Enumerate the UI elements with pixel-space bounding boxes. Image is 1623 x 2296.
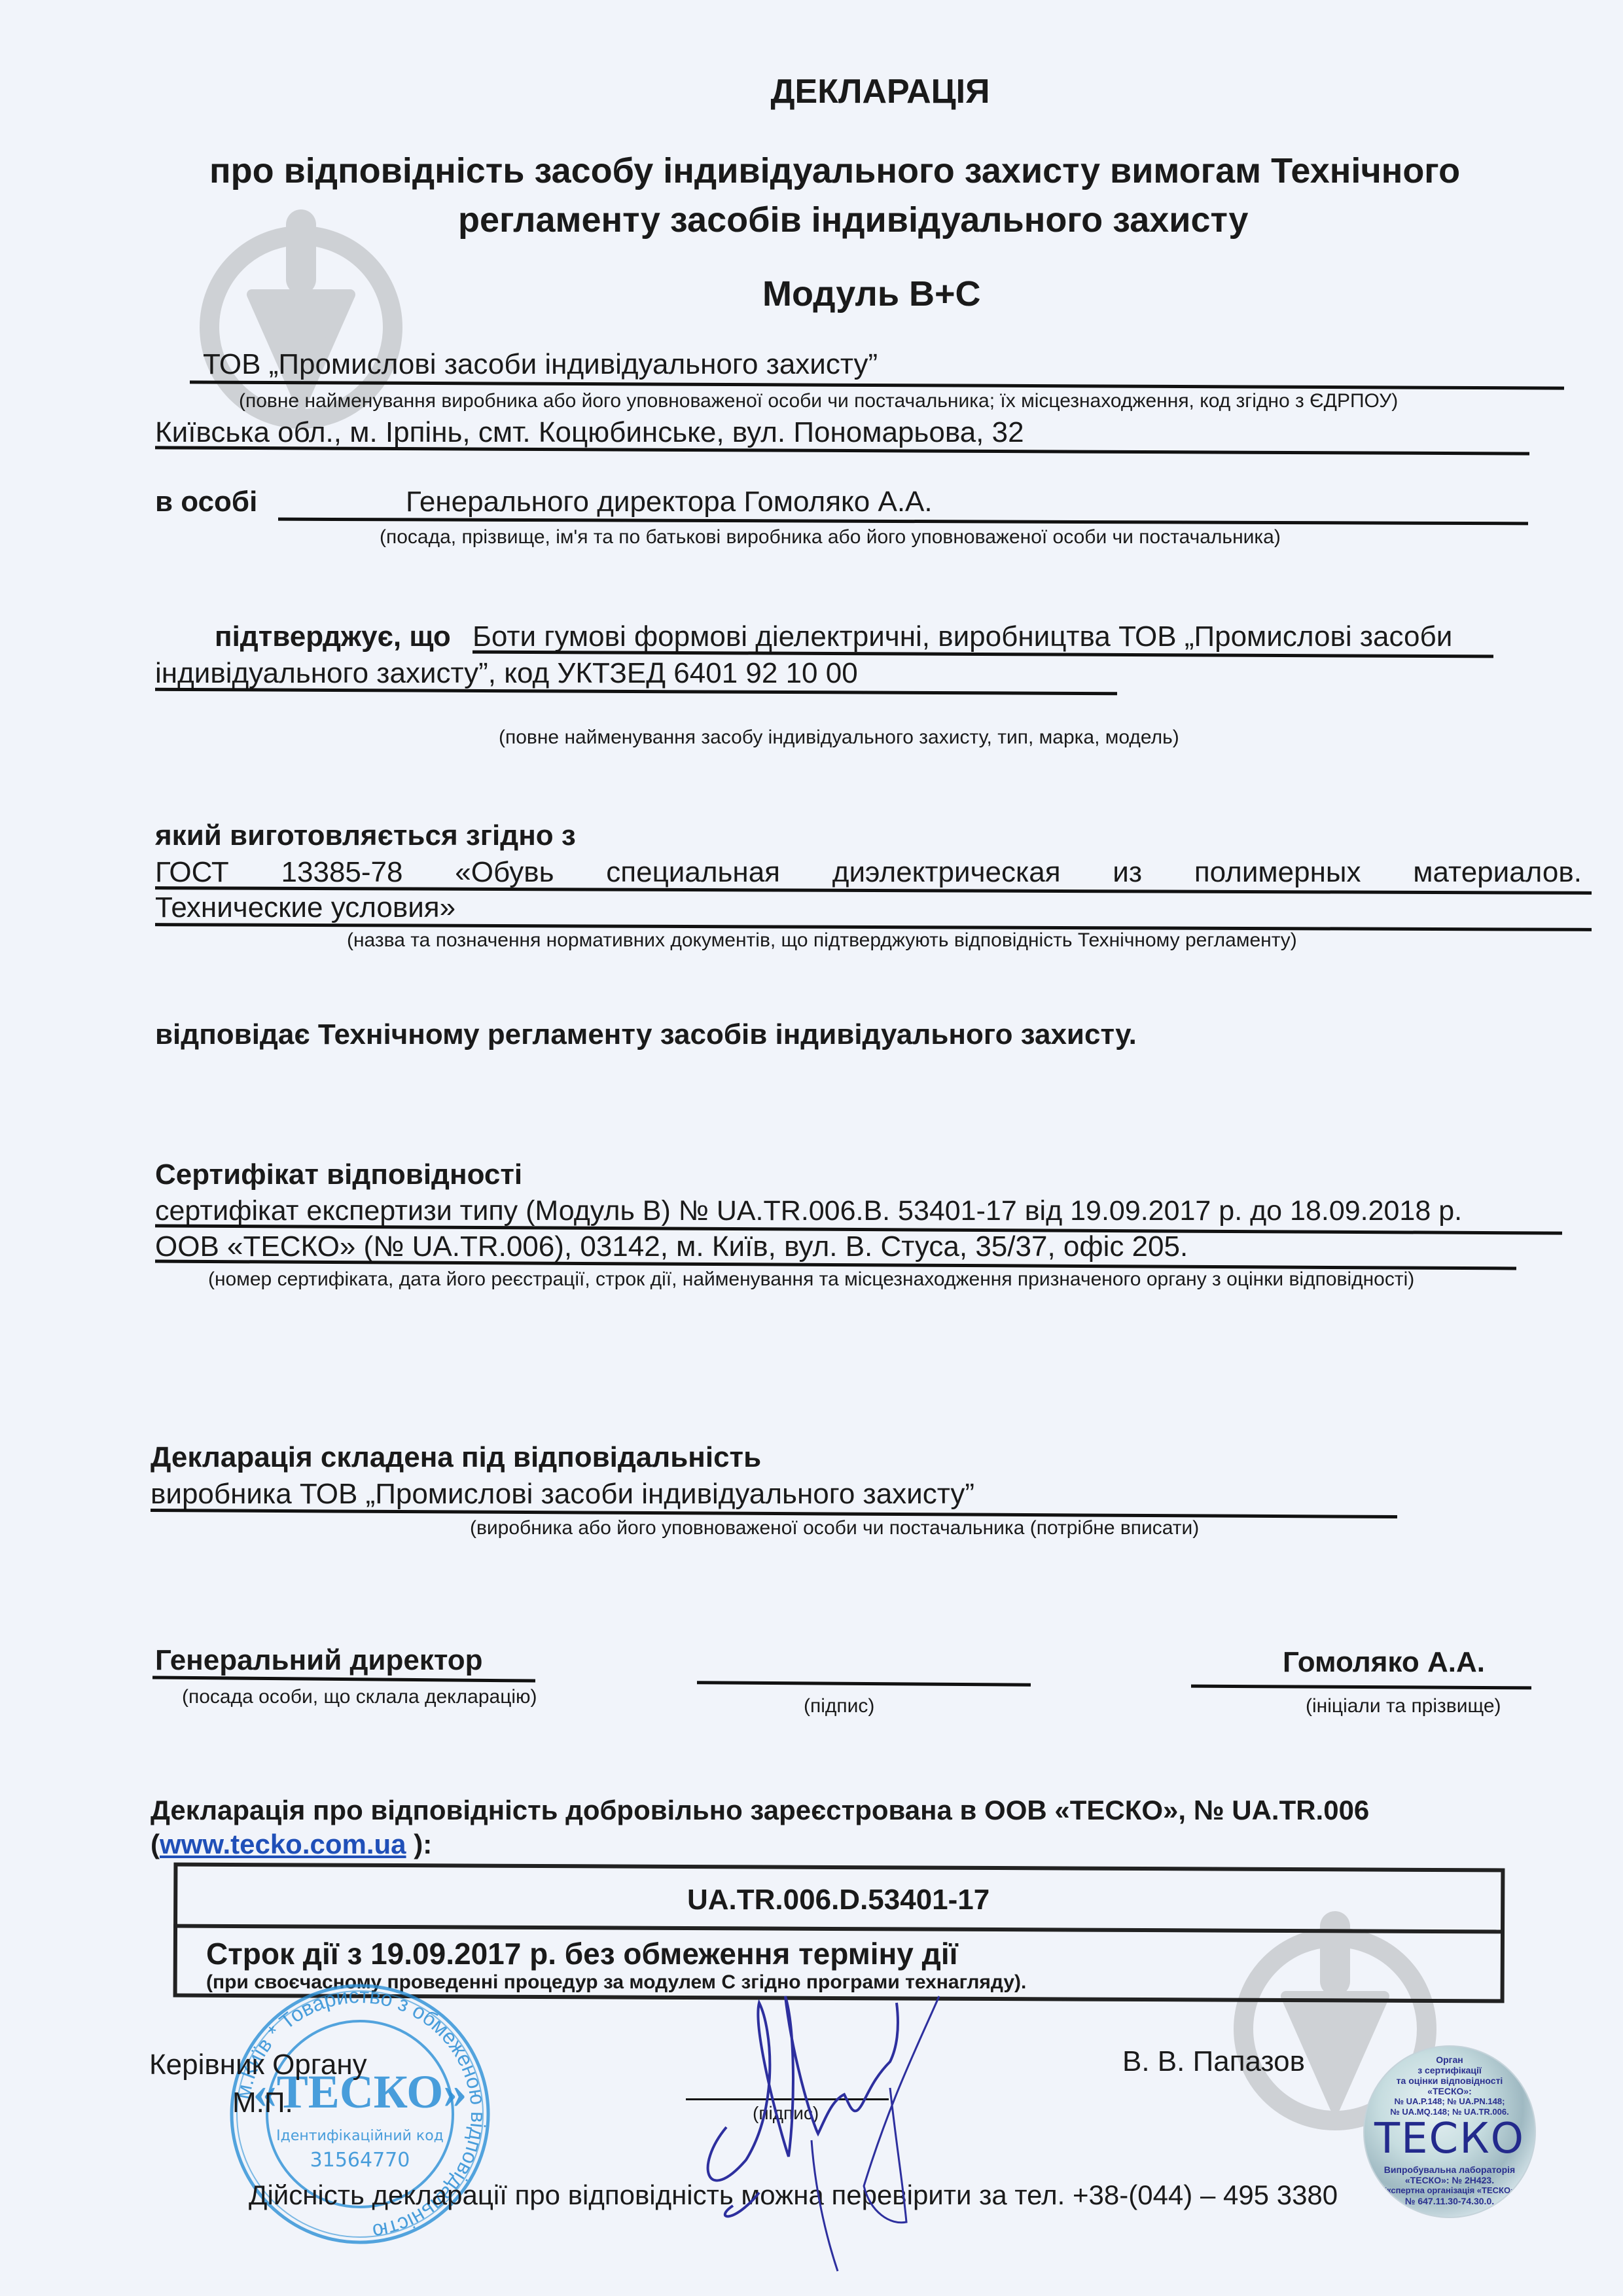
- standard-word: «Обувь: [455, 856, 554, 889]
- standard-word: ГОСТ: [155, 856, 229, 889]
- standard-line1: ГОСТ 13385-78 «Обувь специальная диэлект…: [155, 856, 1582, 889]
- seal-line: «ТЕСКО»:: [1364, 2086, 1535, 2096]
- seal-line: Експертна організація «ТЕСКО»:: [1364, 2185, 1535, 2195]
- seal-logo: ТЕСКО: [1364, 2115, 1535, 2163]
- authority-head-name: В. В. Папазов: [1122, 2045, 1305, 2078]
- registration-number: UA.TR.006.D.53401-17: [687, 1884, 990, 1916]
- responsibility-value: виробника ТОВ „Промислові засоби індивід…: [151, 1478, 974, 1511]
- certificate-hint: (номер сертифіката, дата його реєстрації…: [208, 1268, 1414, 1291]
- representative-underline: [278, 518, 1528, 526]
- registration-text: Декларація про відповідність добровільно…: [151, 1795, 1369, 1826]
- certificate-line2: ООВ «ТЕСКО» (№ UA.TR.006), 03142, м. Киї…: [155, 1230, 1188, 1263]
- standard-word: полимерных: [1194, 856, 1361, 889]
- representative-value: Генерального директора Гомоляко А.А.: [406, 486, 933, 518]
- stamp-id-label: Ідентифікаційний код: [276, 2128, 444, 2144]
- link-close-paren: ):: [406, 1829, 433, 1859]
- seal-line: та оцінки відповідності: [1364, 2075, 1535, 2086]
- product-line1: Боти гумові формові діелектричні, виробн…: [473, 620, 1452, 653]
- product-label: підтверджує, що: [215, 620, 451, 653]
- name-hint: (ініціали та прізвище): [1306, 1695, 1501, 1717]
- signatory-position: Генеральний директор: [155, 1644, 483, 1677]
- responsibility-hint: (виробника або його уповноваженої особи …: [470, 1517, 1199, 1539]
- standard-line2: Технические условия»: [155, 891, 455, 924]
- stamp-id-code: 31564770: [310, 2149, 410, 2172]
- standard-label: який виготовляється згідно з: [155, 819, 576, 852]
- product-line2: індивідуального захисту”, код УКТЗЕД 640…: [155, 657, 858, 690]
- standard-word: из: [1113, 856, 1142, 889]
- seal-line: Орган: [1364, 2054, 1535, 2065]
- standard-word: 13385-78: [281, 856, 403, 889]
- certificate-line1: сертифікат експертизи типу (Модуль В) № …: [155, 1195, 1462, 1227]
- seal-line: з сертифікації: [1364, 2065, 1535, 2075]
- module-label: Модуль В+С: [762, 274, 981, 314]
- validity-text: Строк дії з 19.09.2017 р. без обмеження …: [206, 1936, 958, 1971]
- position-hint: (посада особи, що склала декларацію): [182, 1686, 537, 1708]
- seal-line: «ТЕСКО»: № 2Н423.: [1364, 2175, 1535, 2185]
- responsibility-label: Декларація складена під відповідальність: [151, 1441, 761, 1474]
- document-subtitle-line1: про відповідність засобу індивідуального…: [209, 151, 1460, 191]
- representative-label: в особі: [155, 486, 257, 518]
- tecko-website-link[interactable]: www.tecko.com.ua: [160, 1829, 406, 1859]
- hologram-seal: Орган з сертифікації та оцінки відповідн…: [1363, 2045, 1536, 2218]
- manufacturer-hint: (повне найменування виробника або його у…: [239, 390, 1398, 412]
- manufacturer-name: ТОВ „Промислові засоби індивідуального з…: [203, 348, 878, 381]
- link-open-paren: (: [151, 1829, 160, 1859]
- signature-hint: (підпис): [804, 1695, 874, 1717]
- standard-word: материалов.: [1413, 856, 1582, 889]
- conformity-statement: відповідає Технічному регламенту засобів…: [155, 1018, 1137, 1051]
- name-underline: [1191, 1685, 1531, 1690]
- standard-word: диэлектрическая: [832, 856, 1061, 889]
- signature-line: [697, 1681, 1031, 1687]
- certificate-label: Сертифікат відповідності: [155, 1158, 522, 1191]
- standard-word: специальная: [606, 856, 780, 889]
- seal-line: № 647.11.30-74.30.0.: [1364, 2196, 1535, 2206]
- seal-line: Випробувальна лабораторія: [1364, 2164, 1535, 2175]
- manufacturer-address: Київська обл., м. Ірпінь, смт. Коцюбинсь…: [155, 416, 1024, 449]
- signatory-name: Гомоляко А.А.: [1283, 1646, 1485, 1679]
- representative-hint: (посада, прізвище, ім'я та по батькові в…: [380, 526, 1281, 548]
- authority-head-label: Керівник Органу: [149, 2049, 367, 2081]
- seal-place-label: М.П.: [232, 2087, 293, 2119]
- registration-link-row: (www.tecko.com.ua ):: [151, 1829, 432, 1860]
- handwritten-signature-icon: [681, 1990, 969, 2278]
- document-title: ДЕКЛАРАЦІЯ: [0, 72, 1623, 111]
- seal-line: № UA.P.148; № UA.PN.148;: [1364, 2096, 1535, 2106]
- standard-hint: (назва та позначення нормативних докумен…: [347, 929, 1297, 952]
- product-hint: (повне найменування засобу індивідуально…: [499, 726, 1179, 749]
- document-subtitle-line2: регламенту засобів індивідуального захис…: [458, 200, 1248, 240]
